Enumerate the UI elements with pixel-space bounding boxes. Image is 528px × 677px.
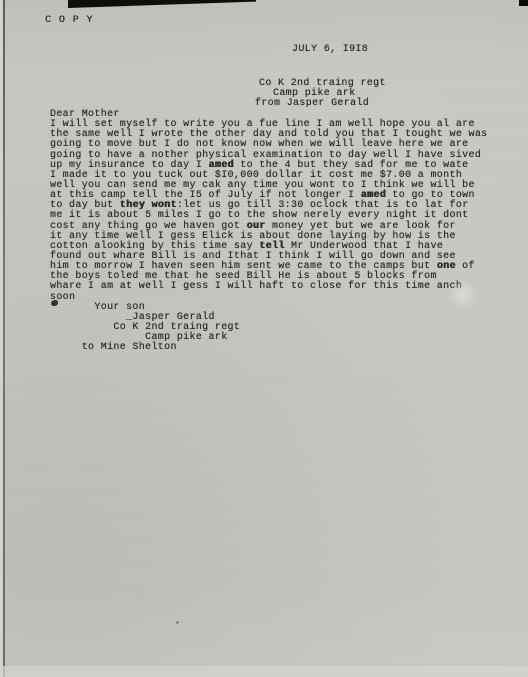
scan-artifact-corner xyxy=(519,0,528,6)
letter-line: to Mine Shelton xyxy=(50,343,488,353)
scan-artifact-top-edge xyxy=(68,0,256,8)
letter-date: JULY 6, I9I8 xyxy=(292,45,368,55)
scanned-letter-page: C O P Y JULY 6, I9I8 Co K 2nd traing reg… xyxy=(0,0,528,677)
scan-edge-bottom xyxy=(0,666,528,677)
sender-name-line: from Jasper Gerald xyxy=(255,99,369,109)
letter-line: whare I am at well I gess I will haft to… xyxy=(50,282,488,292)
letter-body: Dear MotherI will set myself to write yo… xyxy=(50,110,488,353)
copy-stamp: C O P Y xyxy=(45,16,93,26)
paper-discoloration xyxy=(446,280,480,308)
ink-speck xyxy=(176,621,179,624)
scan-edge-left-line xyxy=(3,0,5,677)
